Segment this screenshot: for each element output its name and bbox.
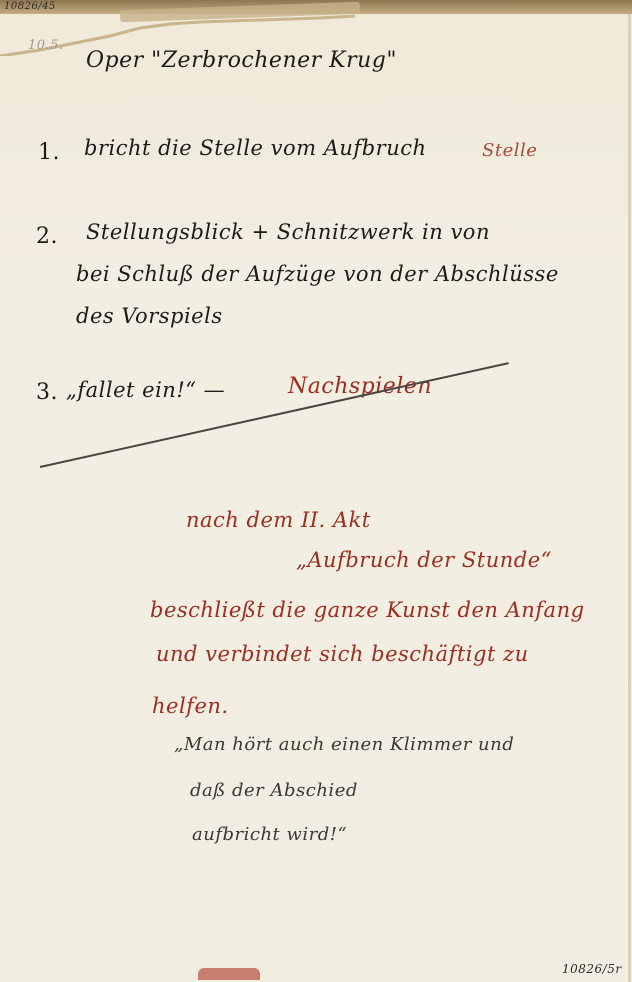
item-2-number: 2. [36, 224, 58, 249]
archive-ref-bottom: 10826/5r [562, 962, 622, 976]
red-line-3: beschließt die ganze Kunst den Anfang [150, 598, 585, 622]
red-line-2: „Aufbruch der Stunde“ [296, 548, 552, 572]
item-1-red-note: Stelle [482, 140, 537, 161]
pencil-line-2: daß der Abschied [190, 780, 358, 801]
margin-note-top: 10.5. [28, 38, 64, 53]
pencil-line-3: aufbricht wird!“ [192, 824, 347, 845]
red-stamp-remnant [198, 968, 260, 980]
item-2-line-2: bei Schluß der Aufzüge von der Abschlüss… [76, 262, 559, 286]
red-line-4: und verbindet sich beschäftigt zu [156, 642, 529, 666]
red-line-5: helfen. [152, 694, 229, 718]
archive-ref-top: 10826/45 [4, 1, 56, 12]
item-1-line-1: bricht die Stelle vom Aufbruch [84, 136, 427, 160]
item-1-number: 1. [38, 140, 60, 165]
pencil-line-1: „Man hört auch einen Klimmer und [174, 734, 514, 755]
item-2-line-1: Stellungsblick + Schnitzwerk in von [86, 220, 490, 244]
item-3-line-1: „fallet ein!“ — [66, 378, 225, 402]
red-line-1: nach dem II. Akt [186, 508, 371, 532]
manuscript-page: 10826/45 10.5. Oper "Zerbrochener Krug" … [0, 0, 631, 982]
page-title: Oper "Zerbrochener Krug" [86, 48, 397, 73]
item-2-line-3: des Vorspiels [76, 304, 223, 328]
item-3-number: 3. [36, 380, 58, 405]
